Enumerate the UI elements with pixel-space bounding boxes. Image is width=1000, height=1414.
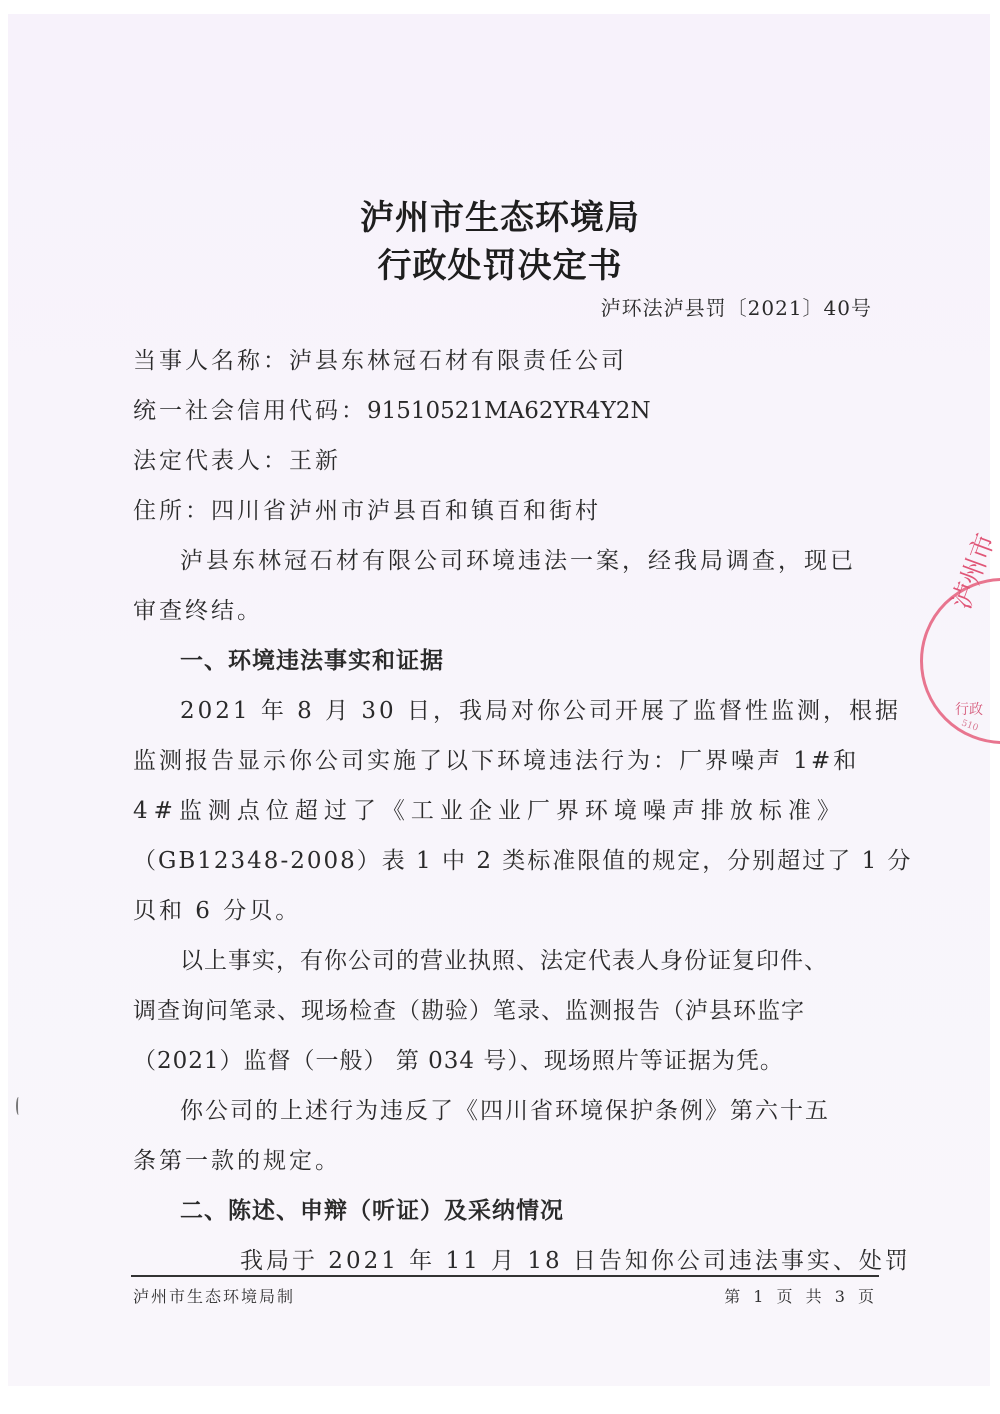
facts-line: （GB12348-2008）表 1 中 2 类标准限值的规定，分别超过了 1 分	[133, 842, 913, 875]
credit-code-value: 91510521MA62YR4Y2N	[367, 398, 651, 424]
representative-value: 王新	[289, 448, 341, 474]
violation-line: 条第一款的规定。	[133, 1142, 341, 1175]
party-name-value: 泸县东林冠石材有限责任公司	[289, 348, 627, 374]
facts-line: 4#监测点位超过了《工业企业厂界环境噪声排放标准》	[133, 792, 846, 825]
evidence-line: （2021）监督（一般） 第 034 号）、现场照片等证据为凭。	[133, 1042, 784, 1075]
scan-mark	[16, 1097, 21, 1115]
address-value: 四川省泸州市泸县百和镇百和街村	[211, 498, 601, 524]
footer-page-number: 第 1 页 共 3 页	[724, 1284, 878, 1307]
facts-line: 2021 年 8 月 30 日，我局对你公司开展了监督性监测，根据	[180, 692, 901, 725]
evidence-line: 以上事实，有你公司的营业执照、法定代表人身份证复印件、	[180, 942, 828, 975]
address-label: 住所：	[133, 498, 211, 524]
section2-heading: 二、陈述、申辩（听证）及采纳情况	[180, 1192, 564, 1225]
violation-line: 你公司的上述行为违反了《四川省环境保护条例》第六十五	[180, 1092, 830, 1125]
intro-paragraph-line2: 审查终结。	[133, 592, 263, 625]
address-row: 住所：四川省泸州市泸县百和镇百和街村	[133, 492, 601, 525]
section1-heading: 一、环境违法事实和证据	[180, 642, 444, 675]
document-title-line2: 行政处罚决定书	[0, 238, 1000, 287]
footer-divider	[131, 1275, 879, 1277]
seal-inner-text: 行政	[955, 699, 983, 719]
facts-line: 监测报告显示你公司实施了以下环境违法行为：厂界噪声 1#和	[133, 742, 859, 775]
credit-code-row: 统一社会信用代码：91510521MA62YR4Y2N	[133, 392, 651, 425]
intro-paragraph-line1: 泸县东林冠石材有限公司环境违法一案，经我局调查，现已	[180, 542, 856, 575]
party-name-row: 当事人名称：泸县东林冠石材有限责任公司	[133, 342, 627, 375]
document-title-line1: 泸州市生态环境局	[0, 190, 1000, 239]
document-number: 泸环法泸县罚〔2021〕40号	[601, 292, 872, 321]
facts-line: 贝和 6 分贝。	[133, 892, 301, 925]
section2-line: 我局于 2021 年 11 月 18 日告知你公司违法事实、处罚	[240, 1242, 911, 1275]
credit-code-label: 统一社会信用代码：	[133, 398, 367, 424]
representative-label: 法定代表人：	[133, 448, 289, 474]
footer-issuer: 泸州市生态环境局制	[133, 1284, 295, 1307]
evidence-line: 调查询问笔录、现场检查（勘验）笔录、监测报告（泸县环监字	[133, 992, 805, 1025]
representative-row: 法定代表人：王新	[133, 442, 341, 475]
party-name-label: 当事人名称：	[133, 348, 289, 374]
seal-code-text: 510	[960, 718, 980, 733]
